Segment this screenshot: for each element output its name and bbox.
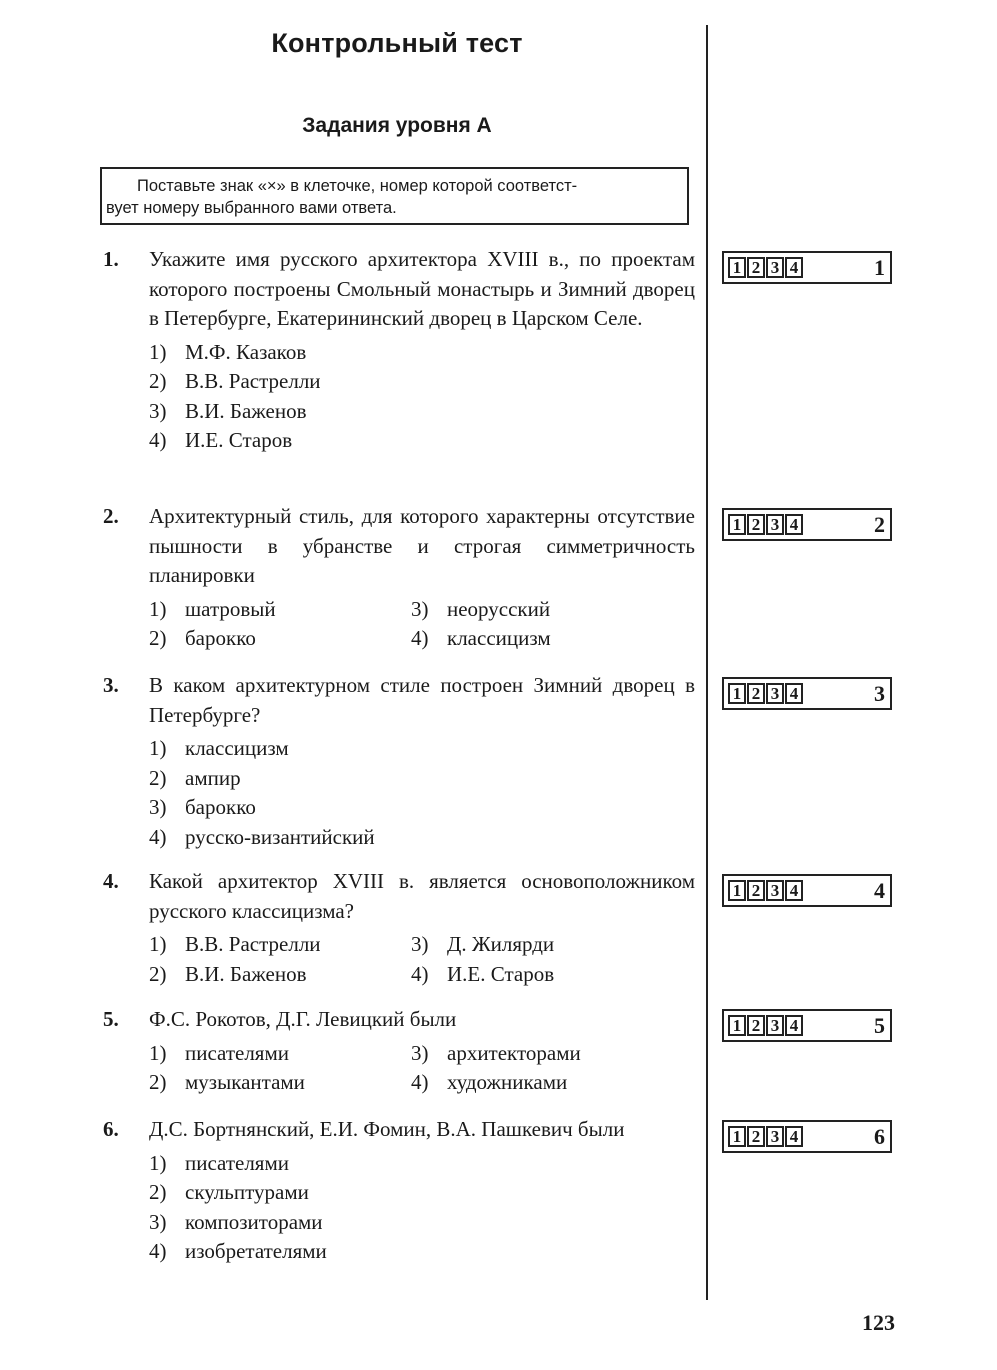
- option-number: 4): [149, 823, 185, 853]
- answer-box-2: 1 2 3 4 2: [722, 508, 892, 541]
- answer-box-6: 1 2 3 4 6: [722, 1120, 892, 1153]
- option-number: 3): [411, 1039, 447, 1069]
- answer-cell-4[interactable]: 4: [785, 514, 803, 535]
- option-label: писателями: [185, 1151, 289, 1175]
- option: 3)архитекторами: [411, 1039, 671, 1069]
- option-number: 1): [149, 1149, 185, 1179]
- section-title: Задания уровня А: [0, 114, 794, 138]
- option-number: 3): [411, 595, 447, 625]
- option-number: 2): [149, 764, 185, 794]
- question-5: 5. Ф.С. Рокотов, Д.Г. Левицкий были 1)пи…: [103, 1005, 695, 1098]
- option: 2)ампир: [149, 764, 695, 794]
- answer-cell-2[interactable]: 2: [747, 1126, 765, 1147]
- option: 3)неорусский: [411, 595, 671, 625]
- question-number: 5.: [103, 1005, 119, 1035]
- answer-cell-4[interactable]: 4: [785, 880, 803, 901]
- option-label: И.Е. Старов: [185, 428, 292, 452]
- option: 1)М.Ф. Казаков: [149, 338, 695, 368]
- option: 1)шатровый: [149, 595, 411, 625]
- answer-cell-4[interactable]: 4: [785, 257, 803, 278]
- question-number: 2.: [103, 502, 119, 532]
- option: 3)композиторами: [149, 1208, 695, 1238]
- question-3: 3. В каком архитектурном стиле построен …: [103, 671, 695, 852]
- option: 3)В.И. Баженов: [149, 397, 695, 427]
- option-number: 4): [411, 624, 447, 654]
- option-number: 2): [149, 1178, 185, 1208]
- option-number: 3): [149, 793, 185, 823]
- answer-box-question-number: 1: [874, 255, 885, 281]
- question-text: Д.С. Бортнянский, Е.И. Фомин, В.А. Пашке…: [149, 1115, 695, 1145]
- answer-cell-3[interactable]: 3: [766, 683, 784, 704]
- option: 4)русско-византийский: [149, 823, 695, 853]
- option: 4)И.Е. Старов: [149, 426, 695, 456]
- answer-box-question-number: 3: [874, 681, 885, 707]
- page-title: Контрольный тест: [0, 28, 794, 59]
- answer-cell-3[interactable]: 3: [766, 257, 784, 278]
- answer-cell-4[interactable]: 4: [785, 683, 803, 704]
- option: 3)барокко: [149, 793, 695, 823]
- option: 1)В.В. Растрелли: [149, 930, 411, 960]
- option: 1)писателями: [149, 1149, 695, 1179]
- question-2: 2. Архитектурный стиль, для которого хар…: [103, 502, 695, 654]
- answer-cell-2[interactable]: 2: [747, 683, 765, 704]
- option: 2)В.И. Баженов: [149, 960, 411, 990]
- answer-box-question-number: 2: [874, 512, 885, 538]
- option-label: шатровый: [185, 597, 276, 621]
- option-number: 1): [149, 930, 185, 960]
- option-number: 3): [411, 930, 447, 960]
- question-text: Какой архитектор XVIII в. является основ…: [149, 867, 695, 926]
- option-label: барокко: [185, 626, 256, 650]
- option-number: 1): [149, 734, 185, 764]
- option-label: неорусский: [447, 597, 550, 621]
- answer-cell-3[interactable]: 3: [766, 514, 784, 535]
- answer-cell-2[interactable]: 2: [747, 514, 765, 535]
- question-text: Укажите имя русского архитектора XVIII в…: [149, 245, 695, 334]
- option-number: 4): [411, 960, 447, 990]
- option-label: ампир: [185, 766, 241, 790]
- options-list: 1)классицизм 2)ампир 3)барокко 4)русско-…: [149, 734, 695, 852]
- answer-box-question-number: 6: [874, 1124, 885, 1150]
- answer-cell-1[interactable]: 1: [728, 514, 746, 535]
- answer-box-1: 1 2 3 4 1: [722, 251, 892, 284]
- answer-cell-2[interactable]: 2: [747, 880, 765, 901]
- option-label: В.В. Растрелли: [185, 932, 321, 956]
- option-number: 1): [149, 1039, 185, 1069]
- options-list: 1)писателями 3)архитекторами 2)музыканта…: [149, 1039, 695, 1098]
- answer-cell-2[interactable]: 2: [747, 1015, 765, 1036]
- option-label: классицизм: [447, 626, 551, 650]
- instruction-line-2: вует номеру выбранного вами ответа.: [106, 199, 397, 217]
- option: 4)изобретателями: [149, 1237, 695, 1267]
- option: 4)И.Е. Старов: [411, 960, 671, 990]
- option-number: 2): [149, 367, 185, 397]
- answer-cell-4[interactable]: 4: [785, 1126, 803, 1147]
- option-label: художниками: [447, 1070, 567, 1094]
- option-label: композиторами: [185, 1210, 323, 1234]
- option-label: писателями: [185, 1041, 289, 1065]
- option-label: барокко: [185, 795, 256, 819]
- answer-cell-3[interactable]: 3: [766, 880, 784, 901]
- answer-cell-1[interactable]: 1: [728, 1126, 746, 1147]
- options-list: 1)шатровый 3)неорусский 2)барокко 4)клас…: [149, 595, 695, 654]
- question-6: 6. Д.С. Бортнянский, Е.И. Фомин, В.А. Па…: [103, 1115, 695, 1267]
- answer-cell-1[interactable]: 1: [728, 1015, 746, 1036]
- option-label: И.Е. Старов: [447, 962, 554, 986]
- option: 2)барокко: [149, 624, 411, 654]
- question-number: 6.: [103, 1115, 119, 1145]
- option: 1)классицизм: [149, 734, 695, 764]
- option-label: В.В. Растрелли: [185, 369, 321, 393]
- option-number: 1): [149, 595, 185, 625]
- options-list: 1)писателями 2)скульптурами 3)композитор…: [149, 1149, 695, 1267]
- answer-box-question-number: 5: [874, 1013, 885, 1039]
- answer-cell-3[interactable]: 3: [766, 1126, 784, 1147]
- option: 4)классицизм: [411, 624, 671, 654]
- question-text: В каком архитектурном стиле построен Зим…: [149, 671, 695, 730]
- answer-box-question-number: 4: [874, 878, 885, 904]
- answer-box-5: 1 2 3 4 5: [722, 1009, 892, 1042]
- column-divider: [706, 25, 708, 1300]
- option-number: 3): [149, 1208, 185, 1238]
- option-number: 4): [411, 1068, 447, 1098]
- option-number: 2): [149, 624, 185, 654]
- options-list: 1)М.Ф. Казаков 2)В.В. Растрелли 3)В.И. Б…: [149, 338, 695, 456]
- answer-cell-1[interactable]: 1: [728, 880, 746, 901]
- instruction-line-1: Поставьте знак «×» в клеточке, номер кот…: [137, 177, 577, 195]
- option: 3)Д. Жилярди: [411, 930, 671, 960]
- answer-cell-1[interactable]: 1: [728, 257, 746, 278]
- option-number: 1): [149, 338, 185, 368]
- question-1: 1. Укажите имя русского архитектора XVII…: [103, 245, 695, 456]
- answer-cell-3[interactable]: 3: [766, 1015, 784, 1036]
- answer-cell-1[interactable]: 1: [728, 683, 746, 704]
- option: 2)скульптурами: [149, 1178, 695, 1208]
- option-label: русско-византийский: [185, 825, 375, 849]
- option: 4)художниками: [411, 1068, 671, 1098]
- question-number: 1.: [103, 245, 119, 275]
- question-text: Ф.С. Рокотов, Д.Г. Левицкий были: [149, 1005, 695, 1035]
- question-number: 4.: [103, 867, 119, 897]
- answer-cell-4[interactable]: 4: [785, 1015, 803, 1036]
- option-label: изобретателями: [185, 1239, 327, 1263]
- option: 1)писателями: [149, 1039, 411, 1069]
- answer-box-4: 1 2 3 4 4: [722, 874, 892, 907]
- option-label: музыкантами: [185, 1070, 305, 1094]
- option-label: М.Ф. Казаков: [185, 340, 306, 364]
- option-label: В.И. Баженов: [185, 399, 307, 423]
- option-label: Д. Жилярди: [447, 932, 554, 956]
- question-text: Архитектурный стиль, для которого характ…: [149, 502, 695, 591]
- option-label: архитекторами: [447, 1041, 581, 1065]
- question-number: 3.: [103, 671, 119, 701]
- instruction-box: Поставьте знак «×» в клеточке, номер кот…: [100, 167, 689, 225]
- option-number: 2): [149, 1068, 185, 1098]
- option-label: В.И. Баженов: [185, 962, 307, 986]
- option-label: классицизм: [185, 736, 289, 760]
- option-label: скульптурами: [185, 1180, 309, 1204]
- page-number: 123: [862, 1310, 895, 1336]
- option: 2)музыкантами: [149, 1068, 411, 1098]
- options-list: 1)В.В. Растрелли 3)Д. Жилярди 2)В.И. Баж…: [149, 930, 695, 989]
- option: 2)В.В. Растрелли: [149, 367, 695, 397]
- option-number: 4): [149, 1237, 185, 1267]
- option-number: 4): [149, 426, 185, 456]
- answer-box-3: 1 2 3 4 3: [722, 677, 892, 710]
- question-4: 4. Какой архитектор XVIII в. является ос…: [103, 867, 695, 989]
- option-number: 2): [149, 960, 185, 990]
- answer-cell-2[interactable]: 2: [747, 257, 765, 278]
- option-number: 3): [149, 397, 185, 427]
